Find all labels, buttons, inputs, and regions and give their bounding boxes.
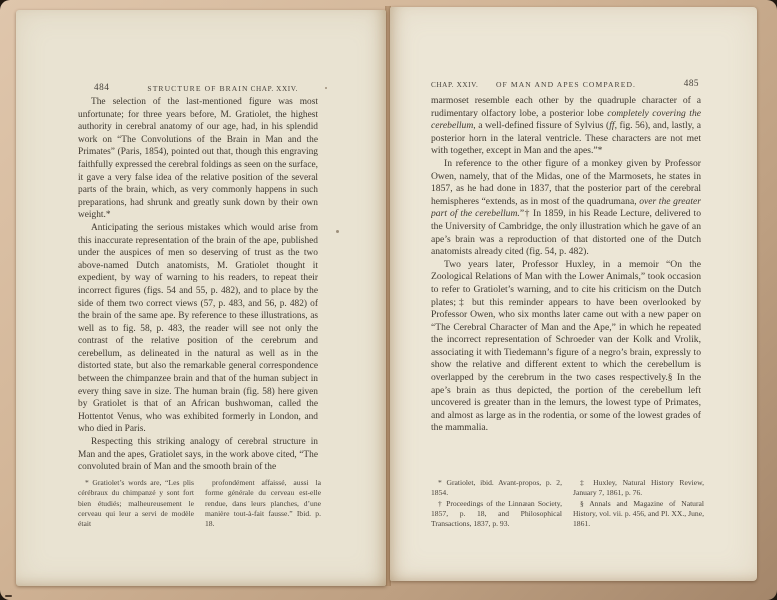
footnote-column: * Gratiolet’s words are, “Les plis céréb… <box>78 478 194 529</box>
left-page-header: 484 STRUCTURE OF BRAIN CHAP. XXIV. <box>78 84 318 96</box>
paragraph: The selection of the last-mentioned figu… <box>78 96 318 222</box>
right-page-header: CHAP. XXIV. OF MAN AND APES COMPARED. 48… <box>431 80 701 92</box>
footnote: * Gratiolet’s words are, “Les plis céréb… <box>78 478 194 529</box>
paragraph: Respecting this striking analogy of cere… <box>78 436 318 474</box>
left-page-footnotes: * Gratiolet’s words are, “Les plis céréb… <box>78 478 321 529</box>
paper-speck <box>5 595 12 597</box>
paper-speck <box>325 87 327 89</box>
right-page-number: 485 <box>684 78 699 88</box>
right-running-title: OF MAN AND APES COMPARED. <box>431 80 701 89</box>
right-page-footnotes: * Gratiolet, ibid. Avant-propos, p. 2, 1… <box>431 478 704 529</box>
footnote: * Gratiolet, ibid. Avant-propos, p. 2, 1… <box>431 478 562 499</box>
paper-speck <box>336 230 339 233</box>
right-page-body-text: marmoset resemble each other by the quad… <box>431 95 701 479</box>
footnote: ‡ Huxley, Natural History Review, Januar… <box>573 478 704 499</box>
paragraph: Two years later, Professor Huxley, in a … <box>431 259 701 435</box>
paragraph: Anticipating the serious mistakes which … <box>78 222 318 436</box>
footnote: § Annals and Magazine of Natural History… <box>573 499 704 530</box>
footnote-column: ‡ Huxley, Natural History Review, Januar… <box>573 478 704 529</box>
book-scan: 484 STRUCTURE OF BRAIN CHAP. XXIV. The s… <box>0 0 777 600</box>
left-page-body-text: The selection of the last-mentioned figu… <box>78 96 318 480</box>
paragraph: marmoset resemble each other by the quad… <box>431 95 701 158</box>
left-page: 484 STRUCTURE OF BRAIN CHAP. XXIV. The s… <box>16 10 386 586</box>
paragraph: In reference to the other figure of a mo… <box>431 158 701 259</box>
right-page: CHAP. XXIV. OF MAN AND APES COMPARED. 48… <box>390 7 757 581</box>
footnote-column: * Gratiolet, ibid. Avant-propos, p. 2, 1… <box>431 478 562 529</box>
footnote-column: profondément affaissé, aussi la forme gé… <box>205 478 321 529</box>
left-chapter-label: CHAP. XXIV. <box>251 85 298 93</box>
footnote: profondément affaissé, aussi la forme gé… <box>205 478 321 529</box>
footnote: † Proceedings of the Linnæan Society, 18… <box>431 499 562 530</box>
